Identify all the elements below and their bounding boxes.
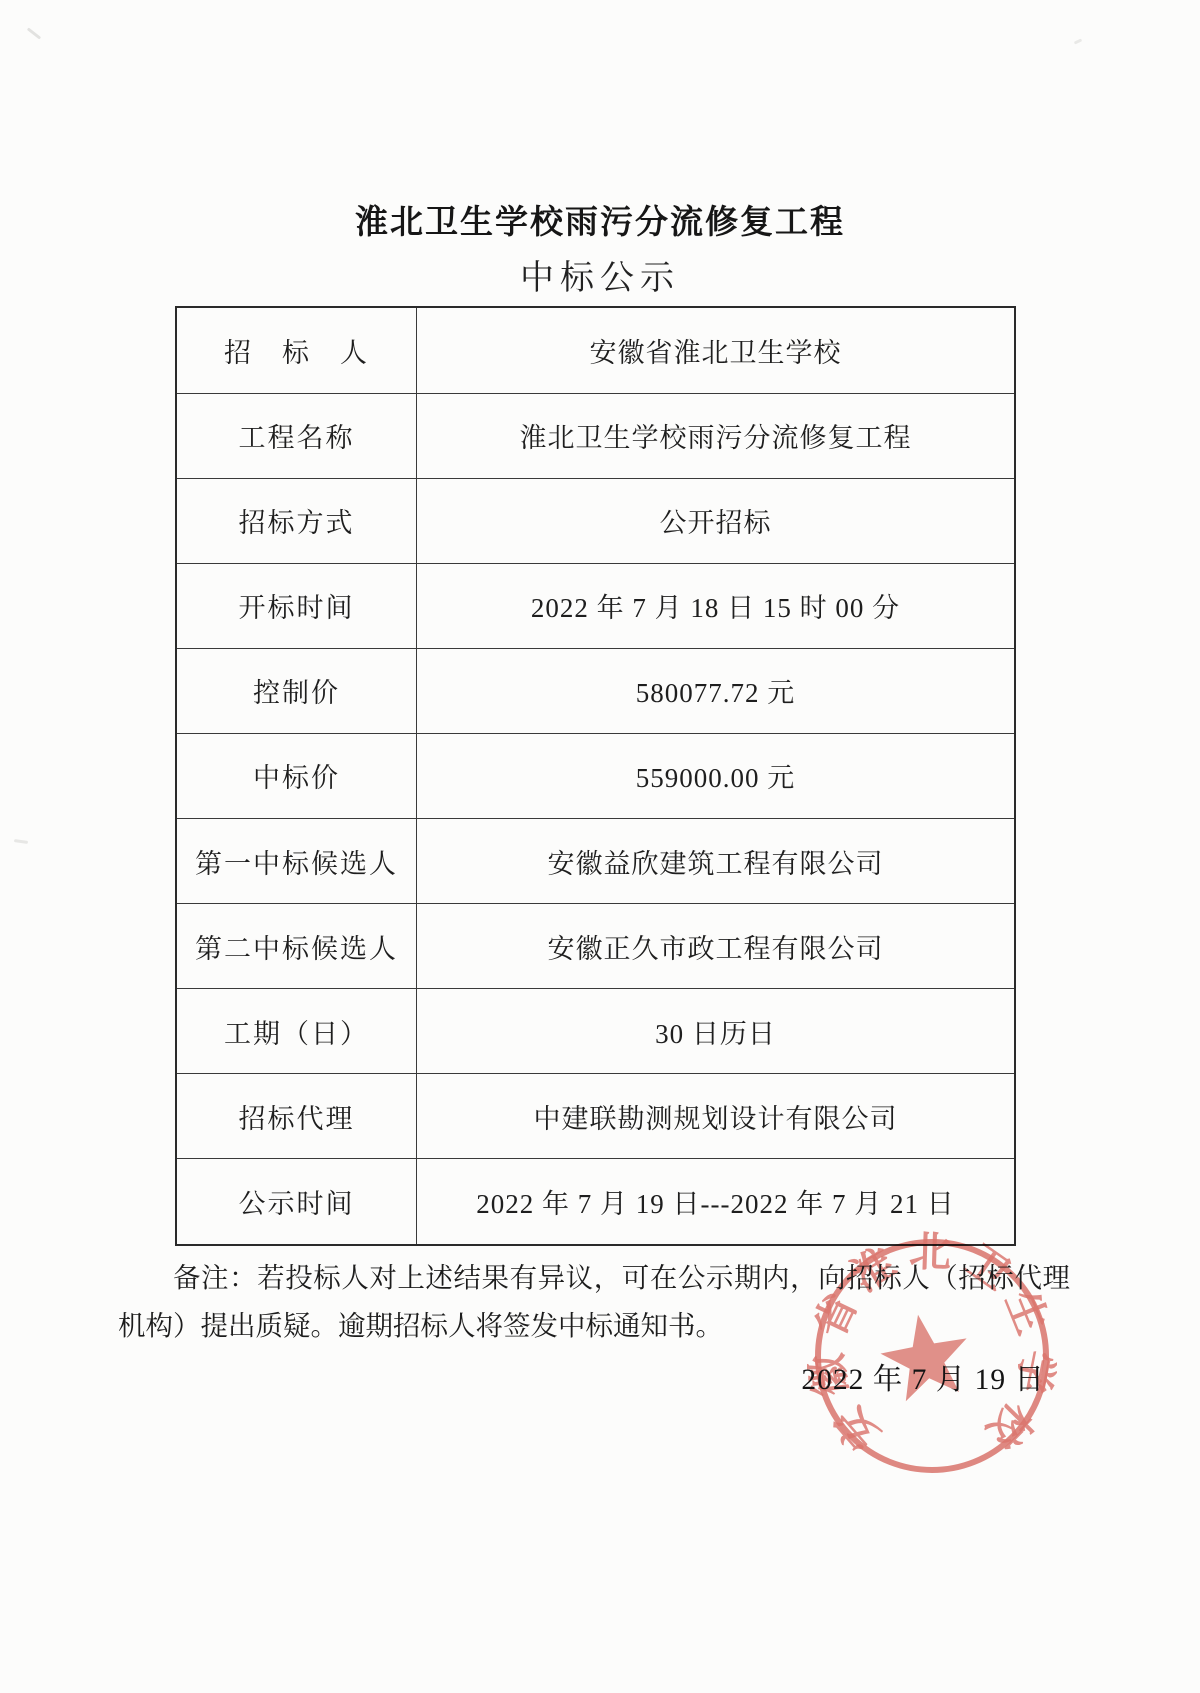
row-value: 安徽益欣建筑工程有限公司 (417, 819, 1016, 904)
row-label: 招标方式 (176, 478, 417, 563)
scan-artifact (1074, 38, 1083, 44)
announcement-date: 2022 年 7 月 19 日 (545, 1356, 1045, 1398)
announcement-table: 招 标 人 安徽省淮北卫生学校 工程名称 淮北卫生学校雨污分流修复工程 招标方式… (175, 306, 1016, 1246)
row-label: 招 标 人 (176, 307, 417, 393)
scanned-document-page: 淮北卫生学校雨污分流修复工程 中标公示 招 标 人 安徽省淮北卫生学校 工程名称… (0, 0, 1200, 1693)
row-value: 安徽省淮北卫生学校 (417, 307, 1016, 393)
row-label: 开标时间 (176, 563, 417, 648)
row-label: 中标价 (176, 733, 417, 818)
scan-artifact (14, 839, 28, 844)
row-value: 559000.00 元 (417, 733, 1016, 818)
table-row-control-price: 控制价 580077.72 元 (176, 648, 1015, 733)
table-row-agency: 招标代理 中建联勘测规划设计有限公司 (176, 1074, 1015, 1159)
remark-note: 备注：若投标人对上述结果有异议，可在公示期内，向招标人（招标代理机构）提出质疑。… (118, 1254, 1070, 1350)
row-value: 淮北卫生学校雨污分流修复工程 (417, 393, 1016, 478)
row-value: 2022 年 7 月 18 日 15 时 00 分 (417, 563, 1016, 648)
row-value: 580077.72 元 (417, 648, 1016, 733)
row-label: 第一中标候选人 (176, 819, 417, 904)
row-label: 工程名称 (176, 393, 417, 478)
row-label: 控制价 (176, 648, 417, 733)
row-value: 30 日历日 (417, 989, 1016, 1074)
row-label: 第二中标候选人 (176, 904, 417, 989)
row-value: 安徽正久市政工程有限公司 (417, 904, 1016, 989)
document-subtitle: 中标公示 (0, 250, 1200, 299)
row-label: 招标代理 (176, 1074, 417, 1159)
document-title: 淮北卫生学校雨污分流修复工程 (0, 196, 1200, 243)
table-row-second-candidate: 第二中标候选人 安徽正久市政工程有限公司 (176, 904, 1015, 989)
table-row-duration: 工期（日） 30 日历日 (176, 989, 1015, 1074)
table-row-bidder: 招 标 人 安徽省淮北卫生学校 (176, 307, 1015, 393)
table-row-opening-time: 开标时间 2022 年 7 月 18 日 15 时 00 分 (176, 563, 1015, 648)
table-row-winning-price: 中标价 559000.00 元 (176, 733, 1015, 818)
row-value: 中建联勘测规划设计有限公司 (417, 1074, 1016, 1159)
row-value: 公开招标 (417, 478, 1016, 563)
table-row-bid-method: 招标方式 公开招标 (176, 478, 1015, 563)
row-label: 公示时间 (176, 1159, 417, 1245)
table-row-first-candidate: 第一中标候选人 安徽益欣建筑工程有限公司 (176, 819, 1015, 904)
scan-artifact (27, 27, 41, 39)
table-row-project-name: 工程名称 淮北卫生学校雨污分流修复工程 (176, 393, 1015, 478)
row-label: 工期（日） (176, 989, 417, 1074)
